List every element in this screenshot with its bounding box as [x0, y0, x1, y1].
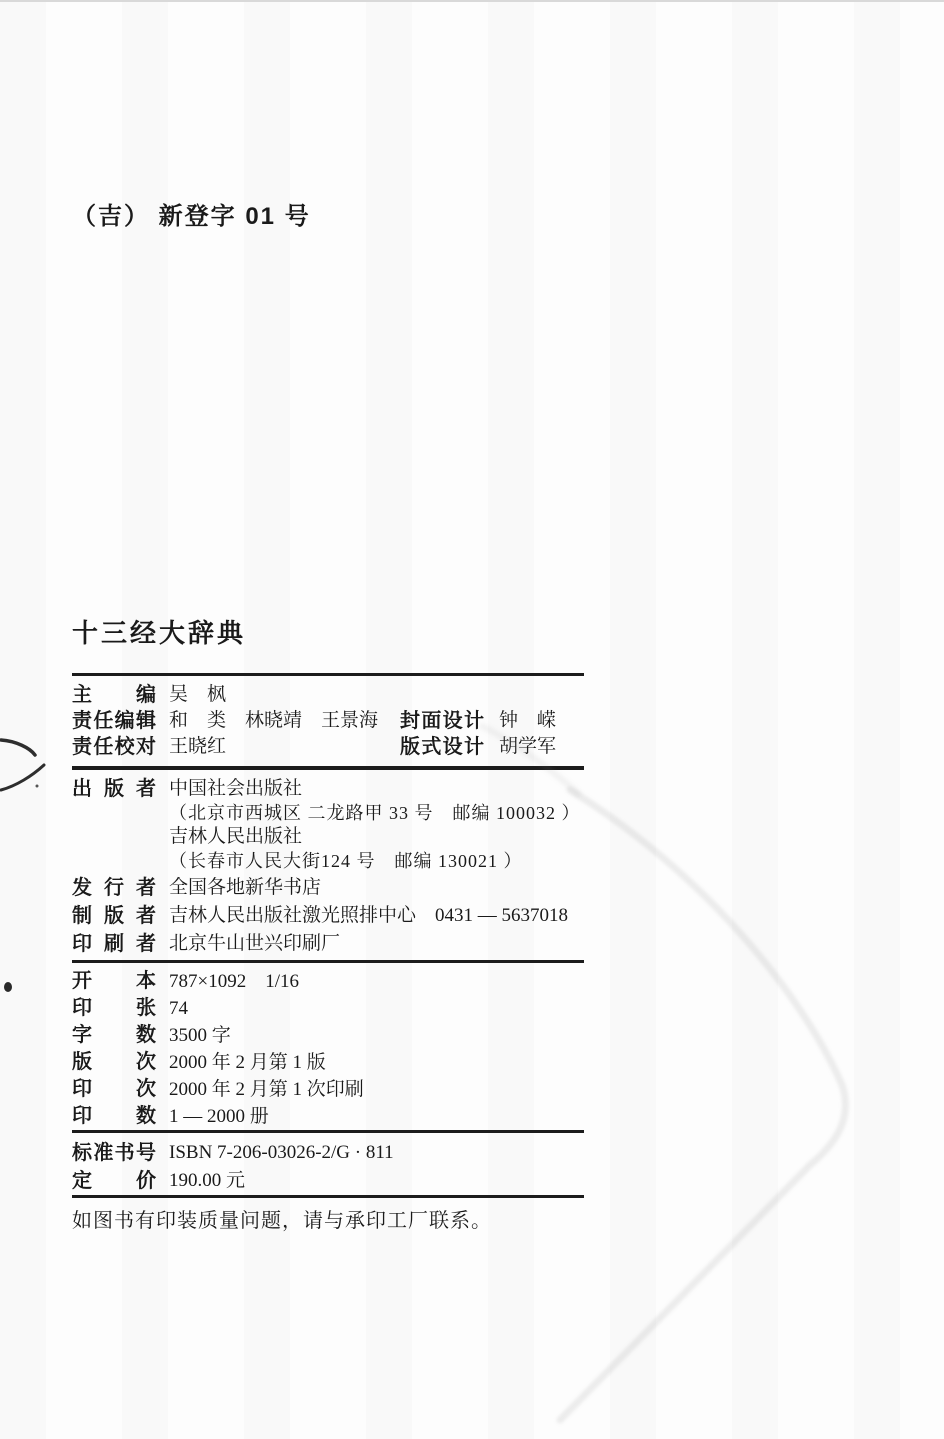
- isbn-row: 标准书号 ISBN 7-206-03026-2/G · 811: [72, 1139, 584, 1167]
- chief-editor-label: 主编: [72, 682, 156, 708]
- cover-design-label: 封面设计: [400, 708, 484, 734]
- chief-editor-row: 主编 吴 枫: [72, 682, 584, 708]
- cover-design-pair: 封面设计 钟 嵘: [400, 708, 584, 734]
- word-count-value: 3500 字: [169, 1022, 231, 1049]
- word-count-label: 字数: [72, 1022, 156, 1049]
- format-row: 开本 787×1092 1/16: [72, 968, 584, 995]
- specs-section: 开本 787×1092 1/16 印张 74 字数 3500 字 版次 2000…: [72, 963, 584, 1130]
- colophon-block: 十三经大辞典 主编 吴 枫 责任编辑 和 类 林晓靖 王景海 封面设计 钟 嵘 …: [72, 616, 584, 1233]
- publisher2: 吉林人民出版社: [169, 825, 581, 849]
- isbn-value: ISBN 7-206-03026-2/G · 811: [169, 1139, 394, 1167]
- plate-maker-label: 制版者: [72, 903, 156, 929]
- format-value: 787×1092 1/16: [169, 968, 299, 995]
- print-run-value: 1 — 2000 册: [169, 1103, 269, 1130]
- format-label: 开本: [72, 968, 156, 995]
- publisher-value: 中国社会出版社 （北京市西城区 二龙路甲 33 号 邮编 100032 ） 吉林…: [169, 777, 581, 873]
- printer-value: 北京牛山世兴印刷厂: [169, 931, 340, 957]
- printer-label: 印刷者: [72, 931, 156, 957]
- isbn-section: 标准书号 ISBN 7-206-03026-2/G · 811 定价 190.0…: [72, 1133, 584, 1195]
- publishing-section: 出版者 中国社会出版社 （北京市西城区 二龙路甲 33 号 邮编 100032 …: [72, 770, 584, 960]
- proofreader-value: 王晓红: [169, 734, 226, 760]
- edition-label: 版次: [72, 1049, 156, 1076]
- impression-label: 印次: [72, 1076, 156, 1103]
- printer-row: 印刷者 北京牛山世兴印刷厂: [72, 931, 584, 957]
- plate-maker-row: 制版者 吉林人民出版社激光照排中心 0431 — 5637018: [72, 903, 584, 929]
- sheets-row: 印张 74: [72, 995, 584, 1022]
- publisher1: 中国社会出版社: [169, 777, 581, 801]
- price-value: 190.00 元: [169, 1167, 245, 1195]
- scan-top-edge: [0, 0, 944, 2]
- managing-editors-row: 责任编辑 和 类 林晓靖 王景海 封面设计 钟 嵘: [72, 708, 584, 734]
- edge-speck: [4, 982, 12, 992]
- impression-row: 印次 2000 年 2 月第 1 次印刷: [72, 1076, 584, 1103]
- edition-value: 2000 年 2 月第 1 版: [169, 1049, 326, 1076]
- layout-design-label: 版式设计: [400, 734, 484, 760]
- edition-row: 版次 2000 年 2 月第 1 版: [72, 1049, 584, 1076]
- quality-notice: 如图书有印装质量问题，请与承印工厂联系。: [72, 1209, 584, 1233]
- proofreader-row: 责任校对 王晓红 版式设计 胡学军: [72, 734, 584, 760]
- managing-editors-value: 和 类 林晓靖 王景海: [169, 708, 378, 734]
- register-code: （吉） 新登字 01 号: [72, 196, 311, 231]
- word-count-row: 字数 3500 字: [72, 1022, 584, 1049]
- distributor-row: 发行者 全国各地新华书店: [72, 875, 584, 901]
- managing-editors-label: 责任编辑: [72, 708, 156, 734]
- book-title: 十三经大辞典: [72, 616, 584, 650]
- chief-editor-value: 吴 枫: [169, 682, 226, 708]
- publisher1-address: （北京市西城区 二龙路甲 33 号 邮编 100032 ）: [169, 801, 581, 825]
- cover-design-value: 钟 嵘: [499, 708, 556, 734]
- plate-maker-value: 吉林人民出版社激光照排中心 0431 — 5637018: [169, 903, 568, 929]
- distributor-value: 全国各地新华书店: [169, 875, 321, 901]
- impression-value: 2000 年 2 月第 1 次印刷: [169, 1076, 364, 1103]
- layout-design-value: 胡学军: [499, 734, 556, 760]
- price-label: 定价: [72, 1167, 156, 1195]
- layout-design-pair: 版式设计 胡学军: [400, 734, 584, 760]
- publisher-row: 出版者 中国社会出版社 （北京市西城区 二龙路甲 33 号 邮编 100032 …: [72, 777, 584, 873]
- publisher2-address: （长春市人民大街124 号 邮编 130021 ）: [169, 849, 581, 873]
- left-margin-mark: [0, 728, 60, 798]
- staff-section: 主编 吴 枫 责任编辑 和 类 林晓靖 王景海 封面设计 钟 嵘 责任校对 王晓…: [72, 676, 584, 766]
- print-run-row: 印数 1 — 2000 册: [72, 1103, 584, 1130]
- sheets-value: 74: [169, 995, 188, 1022]
- sheets-label: 印张: [72, 995, 156, 1022]
- price-row: 定价 190.00 元: [72, 1167, 584, 1195]
- colophon-page: （吉） 新登字 01 号 十三经大辞典 主编 吴 枫 责任编辑 和 类 林晓靖 …: [0, 0, 944, 1439]
- rule-under-isbn: [72, 1195, 584, 1198]
- isbn-label: 标准书号: [72, 1139, 156, 1167]
- print-run-label: 印数: [72, 1103, 156, 1130]
- proofreader-label: 责任校对: [72, 734, 156, 760]
- publisher-label: 出版者: [72, 777, 156, 801]
- distributor-label: 发行者: [72, 875, 156, 901]
